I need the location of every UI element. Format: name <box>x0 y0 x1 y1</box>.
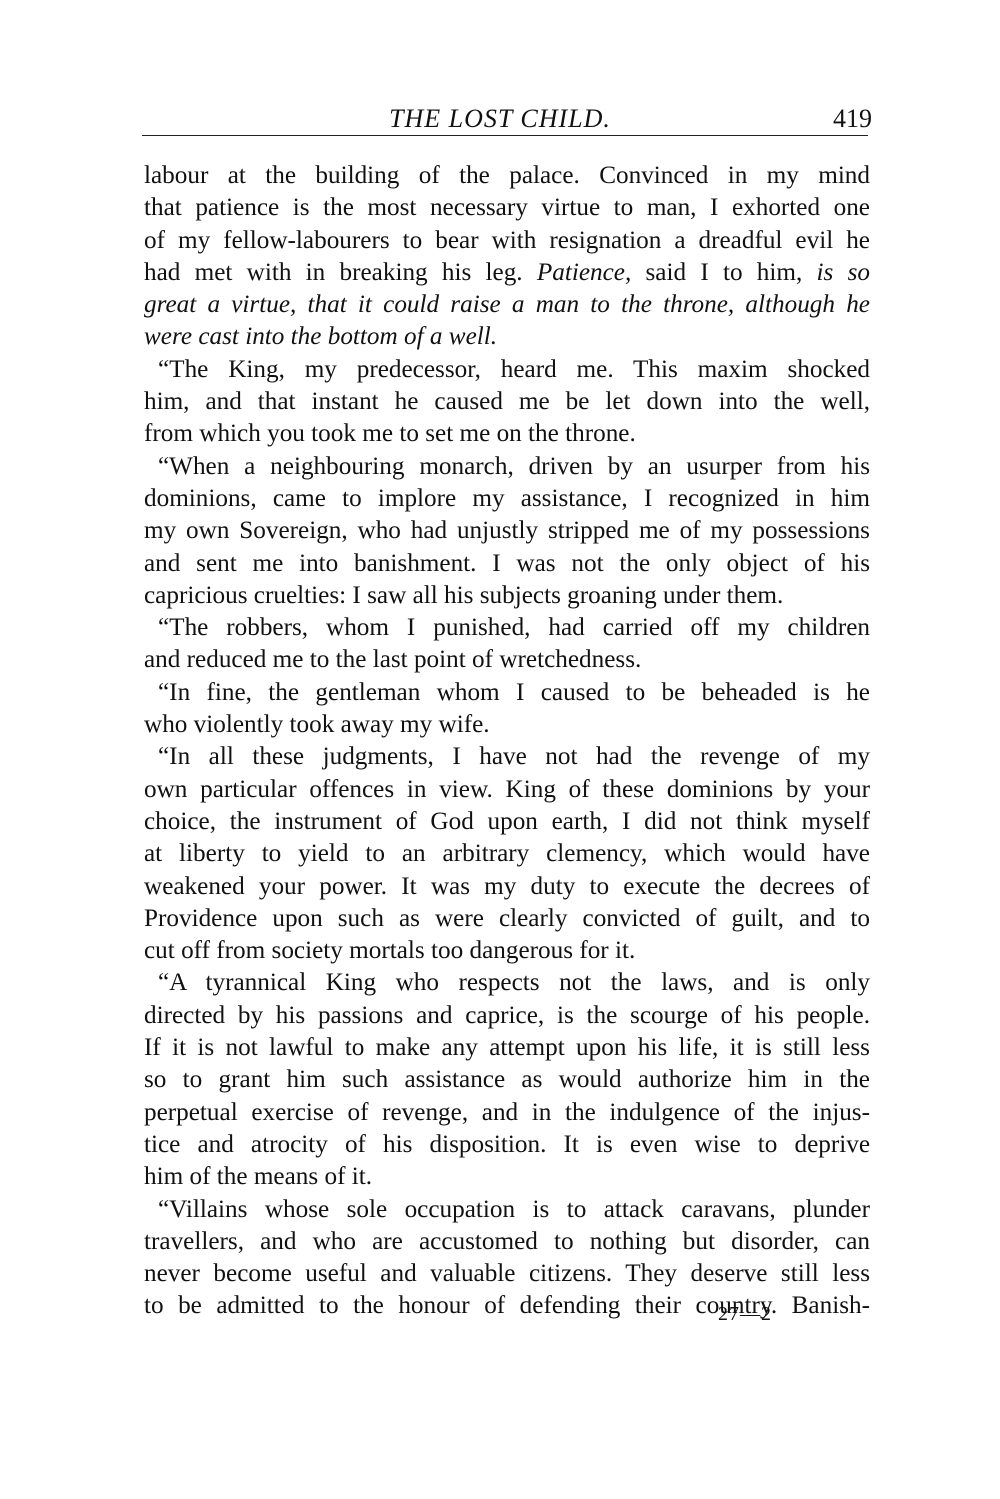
text-run: had met with in breaking his leg. <box>144 259 537 286</box>
text-line: at liberty to yield to an arbitrary clem… <box>144 838 870 870</box>
text-line: Providence upon such as were clearly con… <box>144 903 870 935</box>
paragraph-end: capricious cruelties: I saw all his subj… <box>144 580 870 612</box>
text-line: If it is not lawful to make any attempt … <box>144 1032 870 1064</box>
paragraph-start: “In fine, the gentleman whom I caused to… <box>144 677 870 709</box>
text-line: directed by his passions and caprice, is… <box>144 1000 870 1032</box>
text-line: choice, the instrument of God upon earth… <box>144 806 870 838</box>
text-line: never become useful and valuable citizen… <box>144 1258 870 1290</box>
italic-line: great a virtue, that it could raise a ma… <box>144 289 870 321</box>
text-run: said I to him, <box>631 259 816 286</box>
paragraph-end: cut off from society mortals too dangero… <box>144 935 870 967</box>
text-line: own particular offences in view. King of… <box>144 774 870 806</box>
page-number: 419 <box>833 104 872 134</box>
body-text: labour at the building of the palace. Co… <box>144 160 870 1323</box>
paragraph-start: “The robbers, whom I punished, had carri… <box>144 612 870 644</box>
text-line: labour at the building of the palace. Co… <box>144 160 870 192</box>
text-line-mixed: had met with in breaking his leg. Patien… <box>144 257 870 289</box>
text-line: so to grant him such assistance as would… <box>144 1064 870 1096</box>
paragraph-end: who violently took away my wife. <box>144 709 870 741</box>
text-line: of my fellow-labourers to bear with resi… <box>144 225 870 257</box>
text-line: him, and that instant he caused me be le… <box>144 386 870 418</box>
text-line: weakened your power. It was my duty to e… <box>144 871 870 903</box>
header-rule <box>142 135 868 136</box>
text-line: and sent me into banishment. I was not t… <box>144 548 870 580</box>
italic-run: is so <box>817 259 870 286</box>
text-line: perpetual exercise of revenge, and in th… <box>144 1097 870 1129</box>
paragraph-start: “A tyrannical King who respects not the … <box>144 967 870 999</box>
paragraph-end: and reduced me to the last point of wret… <box>144 644 870 676</box>
paragraph-start: “When a neighbouring monarch, driven by … <box>144 451 870 483</box>
paragraph-start: “The King, my predecessor, heard me. Thi… <box>144 354 870 386</box>
book-page: THE LOST CHILD. 419 labour at the buildi… <box>0 0 1000 1499</box>
paragraph-start: “Villains whose sole occupation is to at… <box>144 1194 870 1226</box>
text-line: my own Sovereign, who had unjustly strip… <box>144 515 870 547</box>
text-line: tice and atrocity of his disposition. It… <box>144 1129 870 1161</box>
text-line: that patience is the most necessary virt… <box>144 192 870 224</box>
paragraph-end: from which you took me to set me on the … <box>144 418 870 450</box>
signature-mark: 27—2 <box>718 1303 772 1326</box>
italic-run: Patience, <box>537 259 631 286</box>
text-line: travellers, and who are accustomed to no… <box>144 1226 870 1258</box>
italic-line: were cast into the bottom of a well. <box>144 321 870 353</box>
paragraph-start: “In all these judgments, I have not had … <box>144 741 870 773</box>
text-line: dominions, came to implore my assistance… <box>144 483 870 515</box>
paragraph-end: him of the means of it. <box>144 1161 870 1193</box>
